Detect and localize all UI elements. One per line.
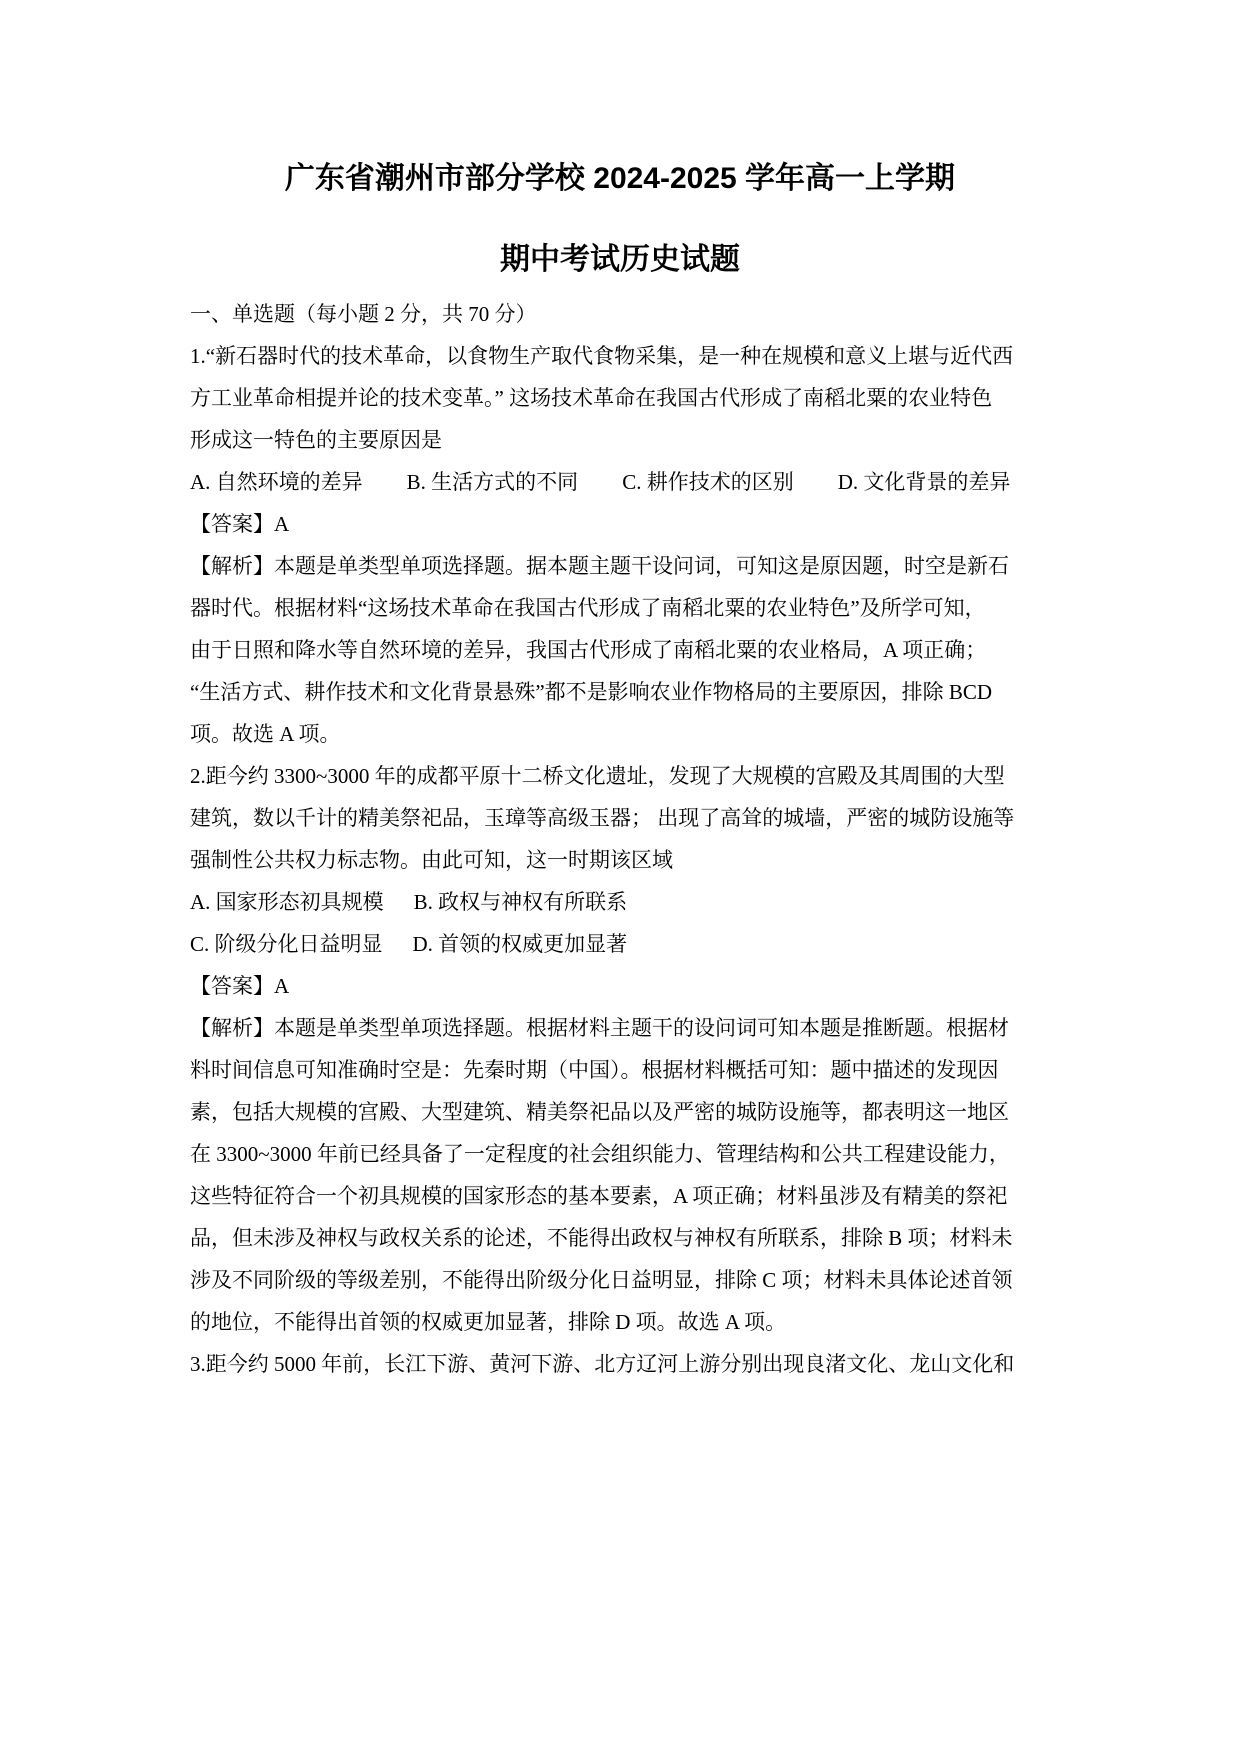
option-a: A. 自然环境的差异	[190, 461, 363, 503]
question-stem-line: 建筑，数以千计的精美祭祀品，玉璋等高级玉器； 出现了高耸的城墙，严密的城防设施等	[190, 797, 1060, 839]
analysis-line: 这些特征符合一个初具规模的国家形态的基本要素，A 项正确；材料虽涉及有精美的祭祀	[190, 1175, 1060, 1217]
document-header: 广东省潮州市部分学校 2024-2025 学年高一上学期 期中考试历史试题	[0, 0, 1240, 282]
exam-document-page: 广东省潮州市部分学校 2024-2025 学年高一上学期 期中考试历史试题 一、…	[0, 0, 1240, 1754]
analysis-line: 料时间信息可知准确时空是：先秦时期（中国）。根据材料概括可知：题中描述的发现因	[190, 1049, 1060, 1091]
option-d: D. 首领的权威更加显著	[413, 923, 628, 965]
analysis-line: “生活方式、耕作技术和文化背景悬殊”都不是影响农业作物格局的主要原因，排除 BC…	[190, 671, 1060, 713]
option-c: C. 阶级分化日益明显	[190, 923, 383, 965]
analysis-line: 素，包括大规模的宫殿、大型建筑、精美祭祀品以及严密的城防设施等，都表明这一地区	[190, 1091, 1060, 1133]
document-title-line-1: 广东省潮州市部分学校 2024-2025 学年高一上学期	[0, 156, 1240, 202]
question-3: 3.距今约 5000 年前，长江下游、黄河下游、北方辽河上游分别出现良渚文化、龙…	[190, 1343, 1060, 1385]
option-d: D. 文化背景的差异	[838, 461, 1011, 503]
analysis-line: 项。故选 A 项。	[190, 713, 1060, 755]
question-stem-line: 形成这一特色的主要原因是	[190, 419, 1060, 461]
option-b: B. 生活方式的不同	[407, 461, 579, 503]
question-stem-line: 3.距今约 5000 年前，长江下游、黄河下游、北方辽河上游分别出现良渚文化、龙…	[190, 1343, 1060, 1385]
analysis-line: 的地位，不能得出首领的权威更加显著，排除 D 项。故选 A 项。	[190, 1301, 1060, 1343]
analysis-line: 由于日照和降水等自然环境的差异，我国古代形成了南稻北粟的农业格局，A 项正确；	[190, 629, 1060, 671]
answer-value: A	[274, 512, 289, 536]
answer-line: 【答案】A	[190, 503, 1060, 545]
question-2: 2.距今约 3300~3000 年的成都平原十二桥文化遗址，发现了大规模的宫殿及…	[190, 755, 1060, 1343]
analysis-line: 【解析】本题是单类型单项选择题。据本题主题干设问词，可知这是原因题，时空是新石	[190, 545, 1060, 587]
analysis-line: 涉及不同阶级的等级差别，不能得出阶级分化日益明显，排除 C 项；材料未具体论述首…	[190, 1259, 1060, 1301]
answer-value: A	[274, 974, 289, 998]
option-row: C. 阶级分化日益明显 D. 首领的权威更加显著	[190, 923, 1060, 965]
analysis-line: 在 3300~3000 年前已经具备了一定程度的社会组织能力、管理结构和公共工程…	[190, 1133, 1060, 1175]
question-stem-line: 强制性公共权力标志物。由此可知，这一时期该区域	[190, 839, 1060, 881]
question-stem-line: 1.“新石器时代的技术革命，以食物生产取代食物采集，是一种在规模和意义上堪与近代…	[190, 335, 1060, 377]
option-c: C. 耕作技术的区别	[622, 461, 794, 503]
question-stem-line: 方工业革命相提并论的技术变革。” 这场技术革命在我国古代形成了南稻北粟的农业特色	[190, 377, 1060, 419]
option-a: A. 国家形态初具规模	[190, 881, 384, 923]
question-stem-line: 2.距今约 3300~3000 年的成都平原十二桥文化遗址，发现了大规模的宫殿及…	[190, 755, 1060, 797]
section-heading: 一、单选题（每小题 2 分，共 70 分）	[190, 293, 1060, 335]
analysis-line: 品，但未涉及神权与政权关系的论述，不能得出政权与神权有所联系，排除 B 项；材料…	[190, 1217, 1060, 1259]
document-body: 一、单选题（每小题 2 分，共 70 分） 1.“新石器时代的技术革命，以食物生…	[190, 293, 1060, 1385]
answer-label: 【答案】	[190, 974, 274, 998]
option-row: A. 自然环境的差异 B. 生活方式的不同 C. 耕作技术的区别 D. 文化背景…	[190, 461, 1060, 503]
question-1: 1.“新石器时代的技术革命，以食物生产取代食物采集，是一种在规模和意义上堪与近代…	[190, 335, 1060, 755]
analysis-line: 【解析】本题是单类型单项选择题。根据材料主题干的设问词可知本题是推断题。根据材	[190, 1007, 1060, 1049]
option-row: A. 国家形态初具规模 B. 政权与神权有所联系	[190, 881, 1060, 923]
answer-line: 【答案】A	[190, 965, 1060, 1007]
option-b: B. 政权与神权有所联系	[414, 881, 628, 923]
answer-label: 【答案】	[190, 512, 274, 536]
analysis-line: 器时代。根据材料“这场技术革命在我国古代形成了南稻北粟的农业特色”及所学可知，	[190, 587, 1060, 629]
document-title-line-2: 期中考试历史试题	[0, 238, 1240, 282]
